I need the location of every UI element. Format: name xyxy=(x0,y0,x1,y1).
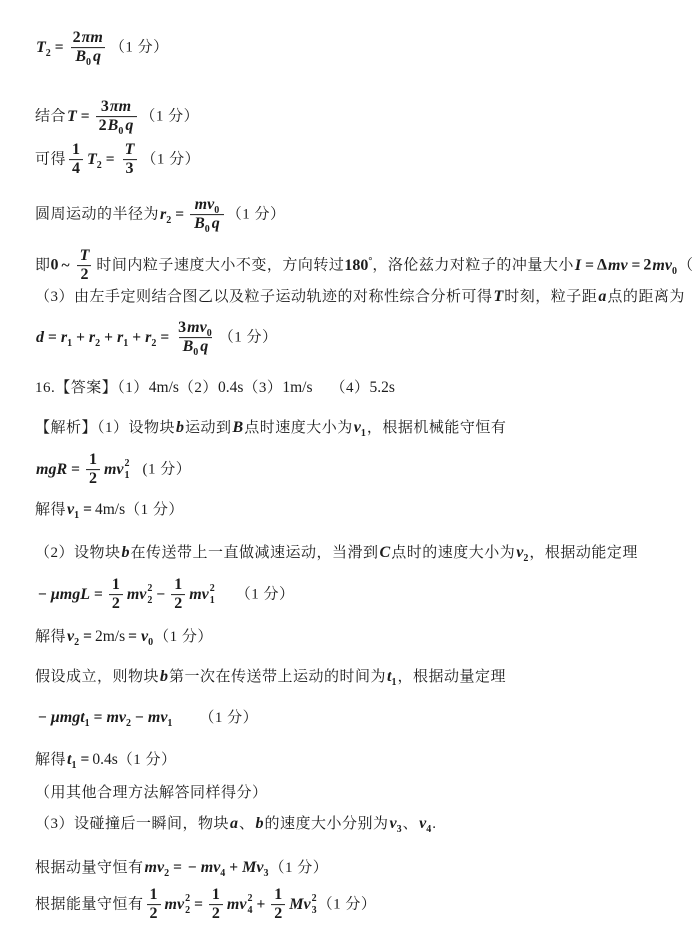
math-number: 2 xyxy=(274,906,282,923)
cjk-text: （1 分） xyxy=(318,897,377,913)
math-variable: d xyxy=(35,329,45,346)
cjk-text: 点时速度大小为 xyxy=(244,420,353,436)
cjk-text: 假设成立，则物块 xyxy=(35,669,159,685)
subscript: 2 xyxy=(185,905,190,917)
text-line: （2）设物块b在传送带上一直做减速运动，当滑到C点时的速度大小为v2，根据动能定… xyxy=(35,543,638,563)
sub-sup-stack: 22 xyxy=(185,894,190,917)
superscript: 2 xyxy=(247,894,252,906)
subscript: 1 xyxy=(123,338,128,349)
value-text: 1m/s xyxy=(282,379,312,396)
math-operator: = xyxy=(191,896,206,913)
subscript: 2 xyxy=(523,553,528,564)
math-variable: T2 xyxy=(86,151,103,168)
cjk-text: 解得 xyxy=(35,752,66,768)
fraction: 12 xyxy=(86,451,100,489)
math-variable: mv0 xyxy=(651,257,678,274)
math-variable: mv2 xyxy=(144,859,171,876)
math-variable: mv2 xyxy=(105,709,132,726)
fraction-denominator: 2 xyxy=(109,595,123,614)
cjk-text: 圆周运动的半径为 xyxy=(35,207,159,223)
math-number: 2 xyxy=(89,471,97,488)
fraction: 12 xyxy=(271,886,285,924)
formula-line: 可得14T2=T3（1 分） xyxy=(35,141,200,179)
math-variable: v2 xyxy=(515,544,529,561)
cjk-text: 第一次在传送带上运动的时间为 xyxy=(169,669,386,685)
math-operator: − xyxy=(132,709,147,726)
math-variable: mv24 xyxy=(226,896,254,913)
math-operator: + xyxy=(129,329,144,346)
math-number: 2 xyxy=(99,118,107,135)
math-variable: πm xyxy=(109,98,132,115)
superscript: 2 xyxy=(210,584,215,596)
cjk-text: 结合 xyxy=(35,109,66,125)
math-variable: mv xyxy=(607,257,629,274)
text-line: （3）设碰撞后一瞬间，物块a、b的速度大小分别为v3、v4. xyxy=(35,814,437,834)
math-operator: + xyxy=(101,329,116,346)
fraction-numerator: 1 xyxy=(109,576,123,594)
subscript: 0 xyxy=(118,127,123,138)
fraction-numerator: T xyxy=(76,247,94,265)
math-variable: T xyxy=(124,141,136,158)
value-text: 0.4s xyxy=(92,751,117,768)
fraction-numerator: 2πm xyxy=(70,29,107,47)
fraction: T3 xyxy=(121,141,139,179)
math-variable: mv0 xyxy=(186,319,213,336)
sub-sup-stack: 21 xyxy=(125,459,130,482)
cjk-text: （1 分） xyxy=(141,152,200,168)
cjk-text: （1 分） xyxy=(140,109,199,125)
cjk-text: 、 xyxy=(239,816,255,832)
subscript: 1 xyxy=(361,428,366,439)
math-number: 1 xyxy=(112,576,120,593)
math-variable: r1 xyxy=(116,329,129,346)
formula-line: 圆周运动的半径为r2=mv0B0q（1 分） xyxy=(35,196,286,234)
fraction-denominator: 3 xyxy=(123,160,137,179)
cjk-text: . xyxy=(432,816,436,832)
math-operator: = xyxy=(77,751,92,768)
math-variable: a xyxy=(229,815,239,832)
cjk-text: 在传送带上一直做减速运动，当滑到 xyxy=(131,545,379,561)
value-text: 2m/s xyxy=(95,628,125,645)
math-number: 2 xyxy=(73,29,81,46)
cjk-text: ，根据机械能守恒有 xyxy=(367,420,507,436)
fraction-denominator: 2 xyxy=(271,905,285,924)
math-number: 2 xyxy=(80,267,88,284)
math-variable: r2 xyxy=(144,329,157,346)
math-variable: μmgt1 xyxy=(50,709,91,726)
formula-line: 解得v1=4m/s（1 分） xyxy=(35,500,184,520)
value-text: 4m/s xyxy=(149,379,179,396)
cjk-text: 点的距离为 xyxy=(607,289,685,305)
formula-line: −μmgt1=mv2−mv1（1 分） xyxy=(35,708,258,728)
math-operator: = xyxy=(80,501,95,518)
cjk-text: ，根据动量定理 xyxy=(397,669,506,685)
math-operator: = xyxy=(125,628,140,645)
subscript: 0 xyxy=(205,225,210,236)
math-operator: + xyxy=(253,896,268,913)
subscript: 0 xyxy=(672,266,677,277)
math-variable: B0 xyxy=(182,339,200,356)
math-operator: + xyxy=(226,859,241,876)
math-operator: = xyxy=(170,859,185,876)
cjk-text: （1 分） xyxy=(110,40,169,56)
math-variable: b xyxy=(175,419,185,436)
fraction-numerator: 3πm xyxy=(98,98,135,116)
subscript: 2 xyxy=(164,868,169,879)
math-operator: − xyxy=(35,586,50,603)
math-variable: b xyxy=(121,544,131,561)
subscript: 1 xyxy=(125,470,130,482)
cjk-text: （1 分） xyxy=(678,258,692,274)
cjk-text: （2）设物块 xyxy=(35,545,121,561)
math-variable: mv21 xyxy=(188,586,216,603)
fraction-numerator: 1 xyxy=(69,141,83,159)
cjk-text: (1 分） xyxy=(143,462,192,478)
math-variable: r1 xyxy=(60,329,73,346)
math-number: Δ xyxy=(597,257,607,274)
math-number: 1 xyxy=(212,886,220,903)
formula-line: d=r1+r2+r1+r2=3mv0B0q（1 分） xyxy=(35,319,277,357)
fraction-denominator: 2 xyxy=(209,905,223,924)
subscript: 1 xyxy=(67,338,72,349)
cjk-text: 【解析】（1）设物块 xyxy=(35,420,175,436)
subscript: 4 xyxy=(247,905,252,917)
math-variable: T xyxy=(493,288,505,305)
document-page: T2=2πmB0q（1 分）结合T=3πm2B0q（1 分）可得14T2=T3（… xyxy=(0,0,692,938)
formula-line: 解得t1=0.4s（1 分） xyxy=(35,750,177,770)
math-variable: t1 xyxy=(66,751,77,768)
math-number: 1 xyxy=(150,886,158,903)
math-variable: I xyxy=(574,257,582,274)
math-operator: = xyxy=(629,257,644,274)
cjk-text: （1 分） xyxy=(125,502,184,518)
math-number: 2 xyxy=(174,596,182,613)
math-variable: v0 xyxy=(140,628,154,645)
math-number: 180° xyxy=(344,257,372,274)
subscript: 1 xyxy=(71,760,76,771)
cjk-text: （1 分） xyxy=(236,587,295,603)
formula-line: −μmgL=12mv22−12mv21（1 分） xyxy=(35,576,295,614)
cjk-text: （用其他合理方法解答同样得分） xyxy=(35,785,268,801)
fraction-numerator: mv0 xyxy=(191,196,224,214)
cjk-text: （4） xyxy=(331,380,370,396)
cjk-text: （2） xyxy=(179,380,218,396)
math-operator: − xyxy=(153,586,168,603)
text-line: 假设成立，则物块b第一次在传送带上运动的时间为t1，根据动量定理 xyxy=(35,667,506,687)
subscript: 1 xyxy=(167,718,172,729)
math-variable: B0 xyxy=(74,49,92,66)
subscript: 1 xyxy=(391,677,396,688)
cjk-text: （1 分） xyxy=(227,207,286,223)
cjk-text: ，洛伦兹力对粒子的冲量大小 xyxy=(372,258,574,274)
fraction-denominator: 2 xyxy=(171,595,185,614)
subscript: 3 xyxy=(397,824,402,835)
math-variable: b xyxy=(159,668,169,685)
superscript: 2 xyxy=(185,894,190,906)
math-variable: T2 xyxy=(35,39,52,56)
cjk-text: 解得 xyxy=(35,502,66,518)
math-operator: = xyxy=(80,628,95,645)
fraction-denominator: 4 xyxy=(69,160,83,179)
math-variable: v2 xyxy=(66,628,80,645)
cjk-text: 运动到 xyxy=(185,420,232,436)
fraction: T2 xyxy=(76,247,94,285)
math-variable: q xyxy=(199,339,209,356)
formula-line: 根据能量守恒有12mv22=12mv24+12Mv23（1 分） xyxy=(35,886,376,924)
superscript: 2 xyxy=(125,459,130,471)
math-variable: b xyxy=(255,815,265,832)
text-line: 【解析】（1）设物块b运动到B点时速度大小为v1，根据机械能守恒有 xyxy=(35,418,506,438)
fraction-denominator: 2B0q xyxy=(96,117,138,136)
math-variable: B xyxy=(232,419,245,436)
math-operator: = xyxy=(68,461,83,478)
math-operator: = xyxy=(45,329,60,346)
math-operator: = xyxy=(103,151,118,168)
fraction: 12 xyxy=(209,886,223,924)
subscript: 0 xyxy=(193,348,198,359)
math-variable: v4 xyxy=(418,815,432,832)
superscript: 2 xyxy=(312,894,317,906)
cjk-text: 的速度大小分别为 xyxy=(265,816,389,832)
formula-line: 结合T=3πm2B0q（1 分） xyxy=(35,98,199,136)
math-number: 2 xyxy=(212,906,220,923)
subscript: 2 xyxy=(97,160,102,171)
fraction-denominator: 2 xyxy=(77,266,91,285)
math-variable: mv0 xyxy=(194,196,221,213)
fraction: 14 xyxy=(69,141,83,179)
cjk-text: 点时的速度大小为 xyxy=(391,545,515,561)
subscript: 2 xyxy=(147,595,152,607)
text-line: （3）由左手定则结合图乙以及粒子运动轨迹的对称性综合分析可得T时刻，粒子距a点的… xyxy=(35,287,685,307)
subscript: 3 xyxy=(312,905,317,917)
subscript: 2 xyxy=(74,637,79,648)
math-variable: q xyxy=(92,49,102,66)
fraction-denominator: B0q xyxy=(190,215,224,234)
math-number: 2 xyxy=(112,596,120,613)
math-number: 0 xyxy=(51,257,59,274)
math-number: 3 xyxy=(126,161,134,178)
subscript: 2 xyxy=(151,338,156,349)
math-number: 4 xyxy=(72,161,80,178)
fraction: mv0B0q xyxy=(190,196,224,234)
subscript: 1 xyxy=(85,718,90,729)
fraction-numerator: 1 xyxy=(209,886,223,904)
math-variable: Mv3 xyxy=(241,859,269,876)
subscript: 0 xyxy=(86,58,91,69)
subscript: 4 xyxy=(220,868,225,879)
math-variable: B0 xyxy=(193,216,211,233)
cjk-text: （1 分） xyxy=(199,710,258,726)
subscript: 2 xyxy=(166,215,171,226)
fraction-numerator: 1 xyxy=(171,576,185,594)
fraction: 2πmB0q xyxy=(70,29,107,67)
fraction: 12 xyxy=(109,576,123,614)
math-variable: q xyxy=(124,118,134,135)
math-number: 1 xyxy=(72,141,80,158)
cjk-text: （1 分） xyxy=(269,860,328,876)
math-operator: = xyxy=(157,329,172,346)
cjk-text: （1 分） xyxy=(154,629,213,645)
math-number: 1 xyxy=(174,576,182,593)
cjk-text: （1 分） xyxy=(219,330,278,346)
math-operator: = xyxy=(582,257,597,274)
math-operator: = xyxy=(78,108,93,125)
formula-line: T2=2πmB0q（1 分） xyxy=(35,29,169,67)
subscript: 3 xyxy=(263,868,268,879)
math-operator: = xyxy=(91,586,106,603)
sub-sup-stack: 24 xyxy=(247,894,252,917)
fraction-denominator: 2 xyxy=(147,905,161,924)
fraction: 12 xyxy=(171,576,185,614)
subscript: 2 xyxy=(95,338,100,349)
subscript: 0 xyxy=(148,637,153,648)
value-text: 0.4s xyxy=(218,379,243,396)
math-number: 2 xyxy=(150,906,158,923)
math-variable: μmgL xyxy=(50,586,91,603)
cjk-text: 即 xyxy=(35,258,51,274)
math-number: 3 xyxy=(178,319,186,336)
fraction: 12 xyxy=(147,886,161,924)
subscript: 2 xyxy=(126,718,131,729)
math-variable: mv22 xyxy=(126,586,154,603)
cjk-text: 时刻，粒子距 xyxy=(504,289,597,305)
math-operator: − xyxy=(35,709,50,726)
cjk-text: 、 xyxy=(403,816,419,832)
math-variable: C xyxy=(379,544,392,561)
math-operator: + xyxy=(73,329,88,346)
sub-sup-stack: 22 xyxy=(147,584,152,607)
math-operator: ~ xyxy=(59,257,73,274)
math-variable: mv21 xyxy=(103,461,131,478)
value-text: 4m/s xyxy=(95,501,125,518)
cjk-text: 根据能量守恒有 xyxy=(35,897,144,913)
math-variable: T xyxy=(79,247,91,264)
math-operator: − xyxy=(185,859,200,876)
math-number: 1 xyxy=(89,451,97,468)
math-variable: Mv23 xyxy=(288,896,317,913)
sub-sup-stack: 21 xyxy=(210,584,215,607)
math-operator: = xyxy=(91,709,106,726)
math-number: 3 xyxy=(101,98,109,115)
math-operator: = xyxy=(52,39,67,56)
cjk-text: 16.【答案】（1） xyxy=(35,380,149,396)
math-variable: q xyxy=(211,216,221,233)
fraction: 3mv0B0q xyxy=(175,319,216,357)
subscript: 2 xyxy=(46,48,51,59)
cjk-text: （3）由左手定则结合图乙以及粒子运动轨迹的对称性综合分析可得 xyxy=(35,289,493,305)
fraction-numerator: 1 xyxy=(86,451,100,469)
text-line: （用其他合理方法解答同样得分） xyxy=(35,783,268,803)
value-text: 5.2s xyxy=(370,379,395,396)
cjk-text: 根据动量守恒有 xyxy=(35,860,144,876)
fraction-denominator: 2 xyxy=(86,470,100,489)
subscript: 4 xyxy=(426,824,431,835)
cjk-text: （3） xyxy=(243,380,282,396)
cjk-text: 可得 xyxy=(35,152,66,168)
cjk-text: （3）设碰撞后一瞬间，物块 xyxy=(35,816,229,832)
math-variable: v1 xyxy=(66,501,80,518)
fraction-numerator: 3mv0 xyxy=(175,319,216,337)
fraction-denominator: B0q xyxy=(179,338,213,357)
math-variable: T xyxy=(66,108,78,125)
math-variable: mgR xyxy=(35,461,68,478)
cjk-text: ，根据动能定理 xyxy=(529,545,638,561)
cjk-text: 时间内粒子速度大小不变，方向转过 xyxy=(96,258,344,274)
fraction-numerator: T xyxy=(121,141,139,159)
superscript: 2 xyxy=(147,584,152,596)
cjk-text: （1 分） xyxy=(118,752,177,768)
math-variable: mv4 xyxy=(200,859,227,876)
sub-sup-stack: 23 xyxy=(312,894,317,917)
math-number: 1 xyxy=(274,886,282,903)
math-variable: B0 xyxy=(107,118,125,135)
formula-line: 即0~T2时间内粒子速度大小不变，方向转过180°，洛伦兹力对粒子的冲量大小I=… xyxy=(35,247,692,285)
fraction-numerator: 1 xyxy=(271,886,285,904)
formula-line: mgR=12mv21(1 分） xyxy=(35,451,191,489)
answer-line: 16.【答案】（1）4m/s（2）0.4s（3）1m/s（4）5.2s xyxy=(35,378,395,398)
subscript: 1 xyxy=(74,510,79,521)
math-variable: r2 xyxy=(159,206,172,223)
subscript: 1 xyxy=(210,595,215,607)
math-variable: mv1 xyxy=(147,709,174,726)
formula-line: 解得v2=2m/s=v0（1 分） xyxy=(35,627,213,647)
math-variable: v3 xyxy=(389,815,403,832)
math-variable: πm xyxy=(81,29,104,46)
fraction-numerator: 1 xyxy=(147,886,161,904)
math-variable: t1 xyxy=(386,668,397,685)
math-variable: mv22 xyxy=(164,896,192,913)
math-variable: r2 xyxy=(88,329,101,346)
math-variable: v1 xyxy=(353,419,367,436)
math-operator: = xyxy=(172,206,187,223)
formula-line: 根据动量守恒有mv2=−mv4+Mv3（1 分） xyxy=(35,858,328,878)
cjk-text: 解得 xyxy=(35,629,66,645)
math-variable: a xyxy=(597,288,607,305)
fraction-denominator: B0q xyxy=(71,48,105,67)
fraction: 3πm2B0q xyxy=(96,98,138,136)
